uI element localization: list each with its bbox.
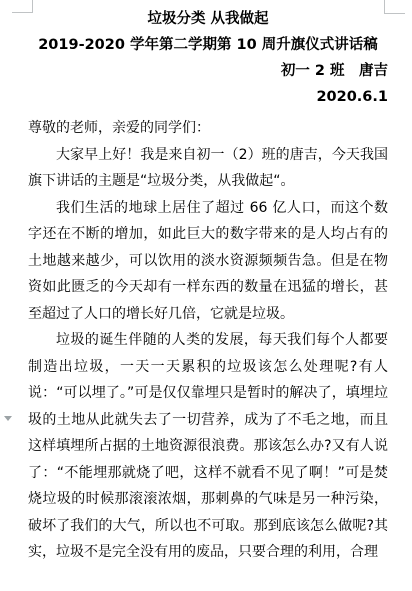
paragraph-garbage-handling: 垃圾的诞生伴随的人类的发展，每天我们每个人都要制造出垃圾，一天一天累积的垃圾该怎… (28, 327, 388, 566)
document-content: 垃圾分类 从我做起 2019-2020 学年第二学期第 10 周升旗仪式讲话稿 … (28, 6, 388, 566)
author-line: 初一 2 班 唐吉 (28, 58, 388, 84)
document-title: 垃圾分类 从我做起 (28, 6, 388, 32)
speech-body: 尊敬的老师，亲爱的同学们： 大家早上好！我是来自初一（2）班的唐吉，今天我国旗下… (28, 115, 388, 566)
greeting-line: 尊敬的老师，亲爱的同学们： (28, 115, 388, 142)
collapse-triangle-icon[interactable] (4, 416, 12, 421)
paragraph-population: 我们生活的地球上居住了超过 66 亿人口，而这个数字还在不断的增加，如此巨大的数… (28, 195, 388, 328)
document-subtitle: 2019-2020 学年第二学期第 10 周升旗仪式讲话稿 (28, 32, 388, 58)
document-page: 垃圾分类 从我做起 2019-2020 学年第二学期第 10 周升旗仪式讲话稿 … (0, 0, 412, 591)
date-line: 2020.6.1 (28, 84, 388, 110)
paragraph-intro: 大家早上好！我是来自初一（2）班的唐吉，今天我国旗下讲话的主题是“垃圾分类，从我… (28, 142, 388, 195)
